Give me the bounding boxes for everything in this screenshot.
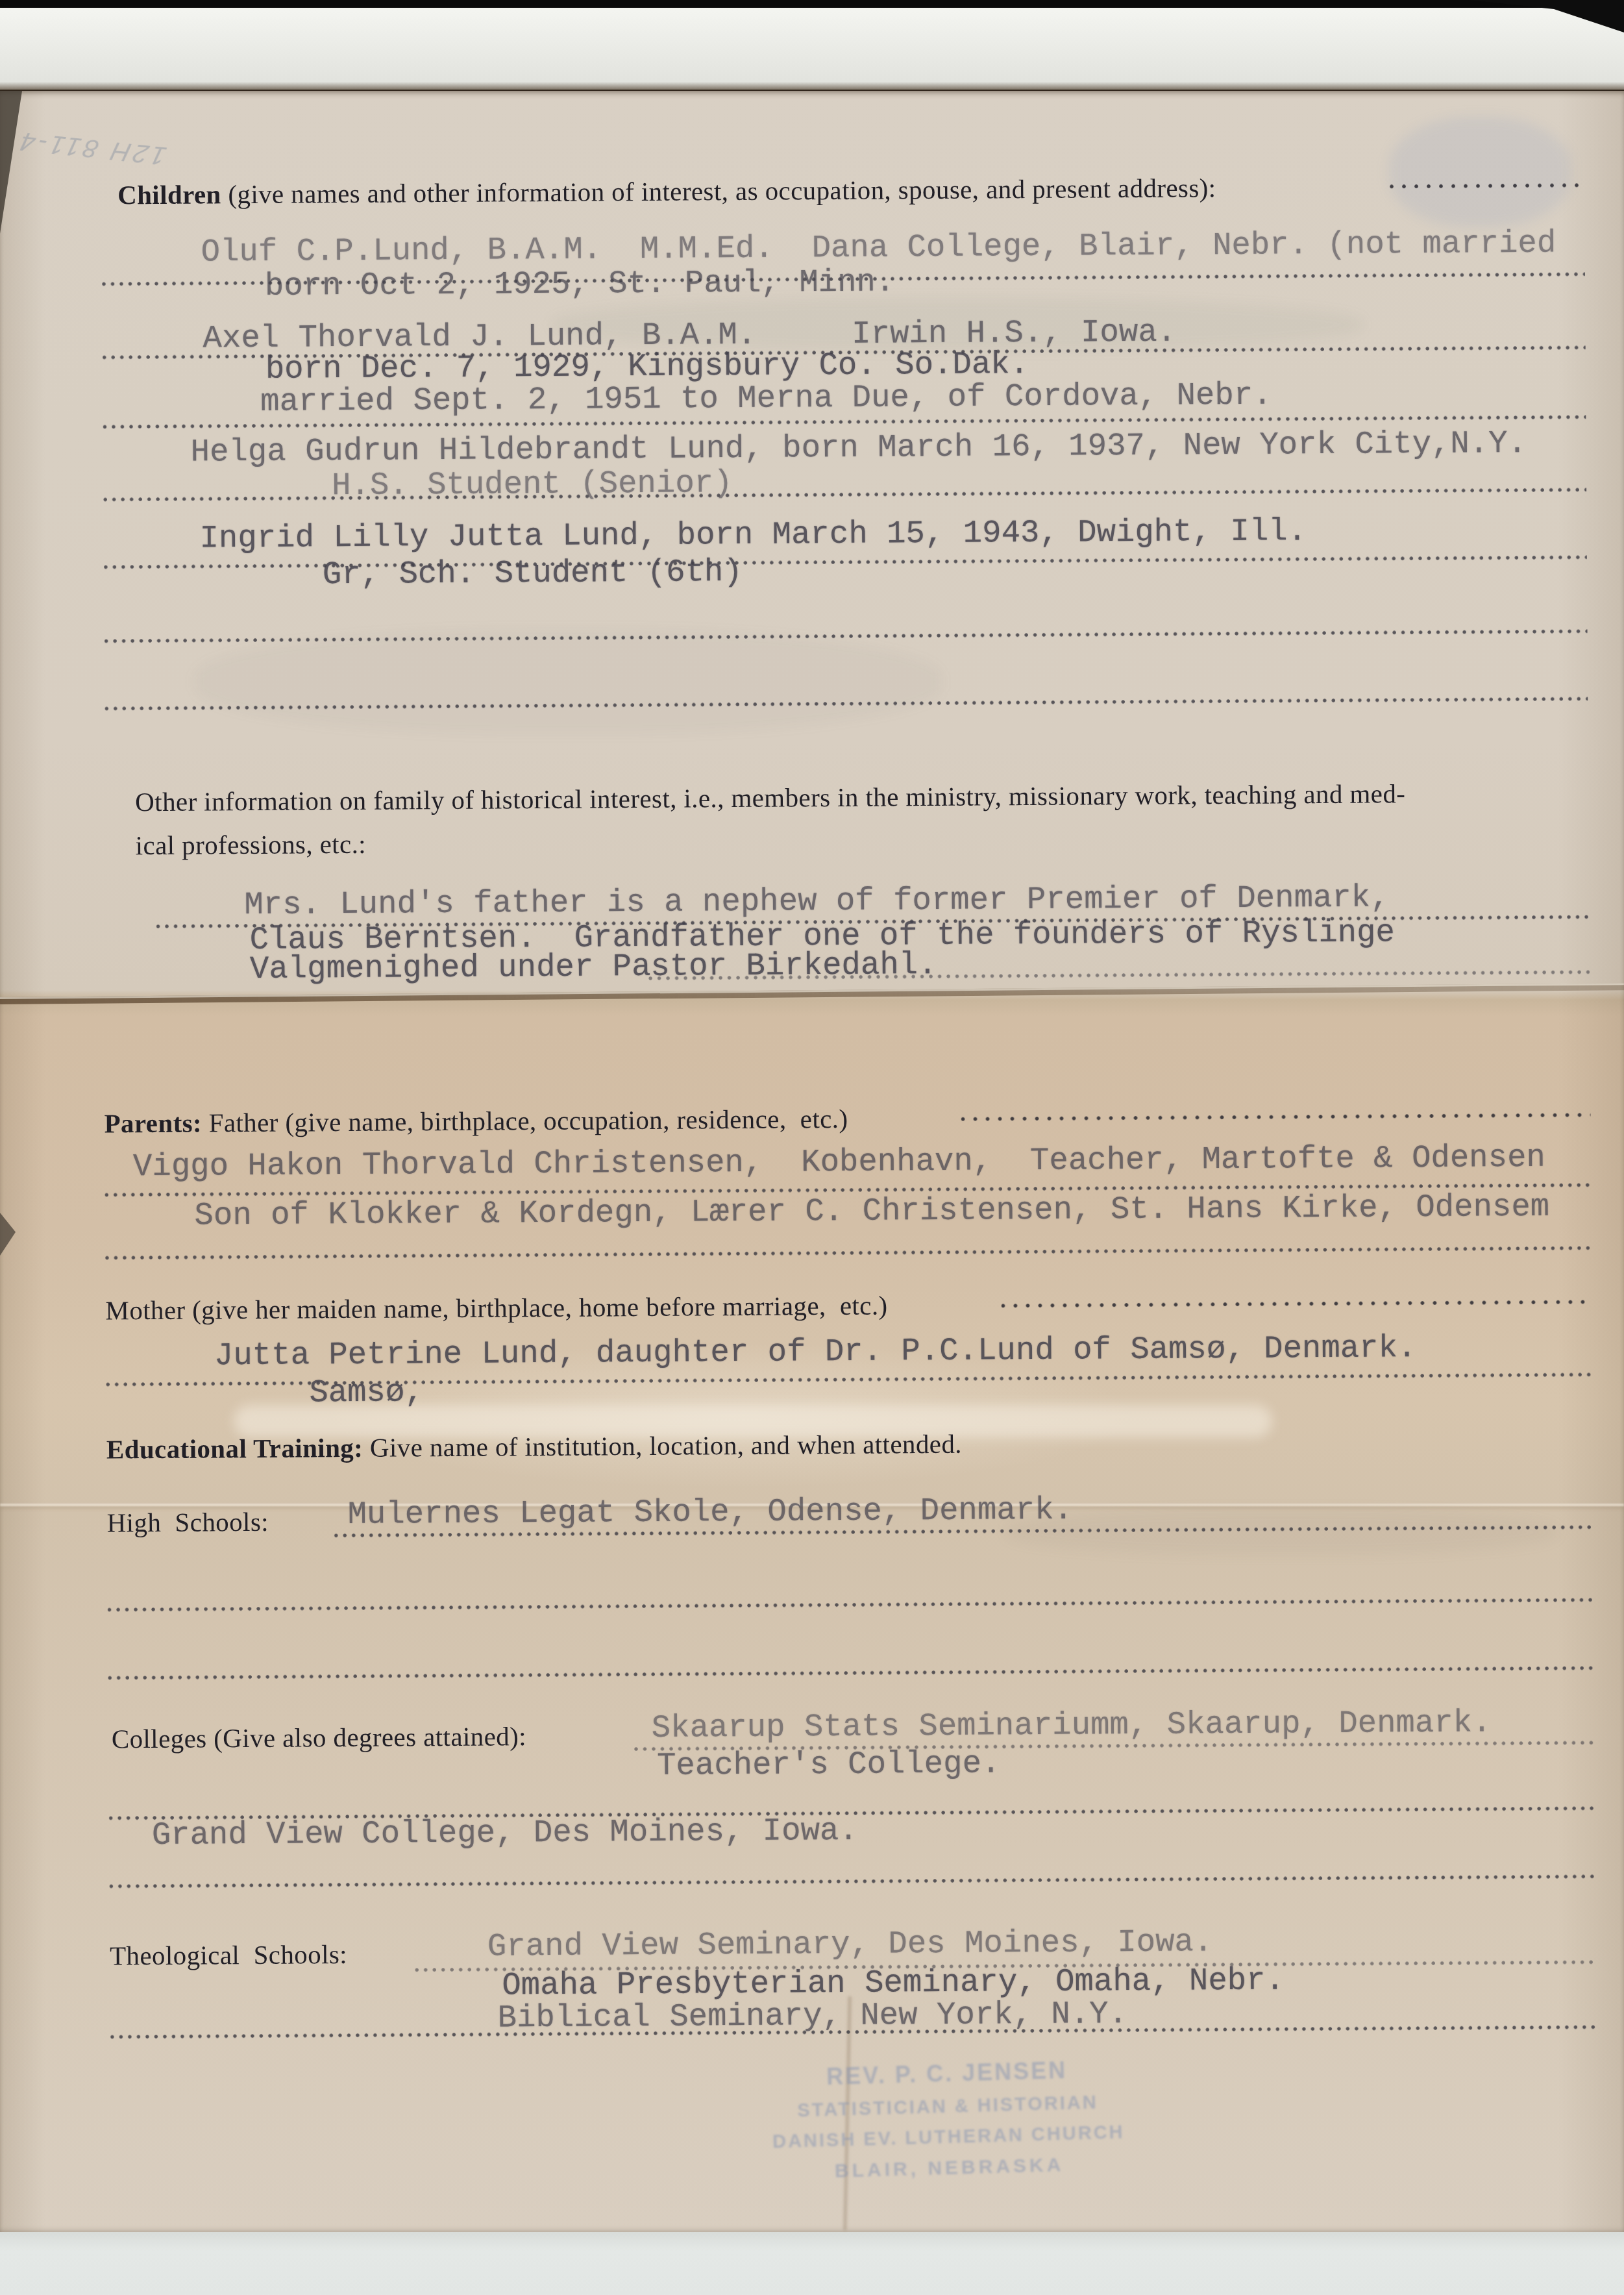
dotted-rule (109, 1874, 1595, 1888)
father-label-rest: Father (give name, birthplace, occupatio… (202, 1104, 862, 1138)
dotted-rule (105, 1246, 1592, 1259)
scanner-background-bottom (0, 2232, 1624, 2295)
stamp-line: DANISH EV. LUTHERAN CHURCH (715, 2120, 1183, 2155)
child-entry-line: Gr, Sch. Student (6th) (323, 555, 743, 593)
mother-entry-line: Jutta Petrine Lund, daughter of Dr. P.C.… (214, 1331, 1417, 1374)
dotted-rule (961, 1113, 1591, 1121)
father-entry-line: Son of Klokker & Kordegn, Lærer C. Chris… (194, 1190, 1549, 1234)
theological-schools-label: Theological Schools: (110, 1939, 347, 1972)
form-page: 12H 811-4 Children (give names and other… (0, 91, 1624, 2232)
children-label-bold: Children (117, 179, 221, 210)
other-info-line: Valgmenighed under Pastor Birkedahl. (250, 948, 937, 987)
archive-stamp: REV. P. C. JENSEN STATISTICIAN & HISTORI… (713, 2053, 1183, 2195)
other-info-header-line2: ical professions, etc.: (136, 828, 367, 862)
theological-entry-line: Grand View Seminary, Des Moines, Iowa. (487, 1925, 1213, 1965)
stamp-line: STATISTICIAN & HISTORIAN (714, 2090, 1182, 2124)
children-section-label: Children (give names and other informati… (117, 172, 1223, 211)
scanner-edge-bar (0, 0, 1624, 8)
education-label-rest: Give name of institution, location, and … (363, 1429, 962, 1463)
children-label-rest: (give names and other information of int… (221, 173, 1224, 209)
education-label-bold: Educational Training: (106, 1433, 363, 1465)
parents-label-bold: Parents: (104, 1108, 202, 1139)
college-entry-line: Teacher's College. (657, 1746, 1001, 1783)
stamp-line: REV. P. C. JENSEN (713, 2053, 1181, 2094)
dotted-rule (107, 1598, 1593, 1611)
mother-label: Mother (give her maiden name, birthplace… (105, 1289, 902, 1326)
dotted-rule (108, 1666, 1594, 1680)
dotted-rule (1001, 1300, 1592, 1308)
dotted-rule (105, 697, 1588, 710)
other-info-header-line1: Other information on family of historica… (135, 778, 1405, 818)
dotted-rule (1390, 183, 1584, 188)
child-entry-line: Ingrid Lilly Jutta Lund, born March 15, … (199, 514, 1307, 556)
high-schools-label: High Schools: (106, 1506, 269, 1539)
father-entry-line: Viggo Hakon Thorvald Christensen, Kobenh… (133, 1141, 1545, 1185)
dotted-rule (103, 488, 1586, 501)
stamp-line: BLAIR, NEBRASKA (715, 2151, 1183, 2186)
child-entry-line: Helga Gudrun Hildebrandt Lund, born Marc… (191, 427, 1527, 471)
parents-father-label: Parents: Father (give name, birthplace, … (104, 1103, 862, 1140)
college-entry-line: Skaarup Stats Seminariumm, Skaarup, Denm… (652, 1706, 1492, 1746)
education-section-label: Educational Training: Give name of insti… (106, 1428, 962, 1466)
child-entry-line: married Sept. 2, 1951 to Merna Due, of C… (260, 378, 1272, 420)
scanner-background-top (0, 6, 1624, 90)
page-content: Children (give names and other informati… (0, 81, 1624, 2233)
scanned-document: 12H 811-4 Children (give names and other… (0, 0, 1624, 2295)
colleges-label: Colleges (Give also degrees attained): (112, 1720, 526, 1755)
mother-entry-line: Samsø, (309, 1375, 424, 1411)
dotted-rule (105, 629, 1588, 643)
college-entry-line: Grand View College, Des Moines, Iowa. (152, 1814, 858, 1854)
child-entry-line: born Oct 2, 1925, St. Paul, Minn. (265, 265, 895, 304)
high-schools-value: Mulernes Legat Skole, Odense, Denmark. (347, 1493, 1073, 1533)
